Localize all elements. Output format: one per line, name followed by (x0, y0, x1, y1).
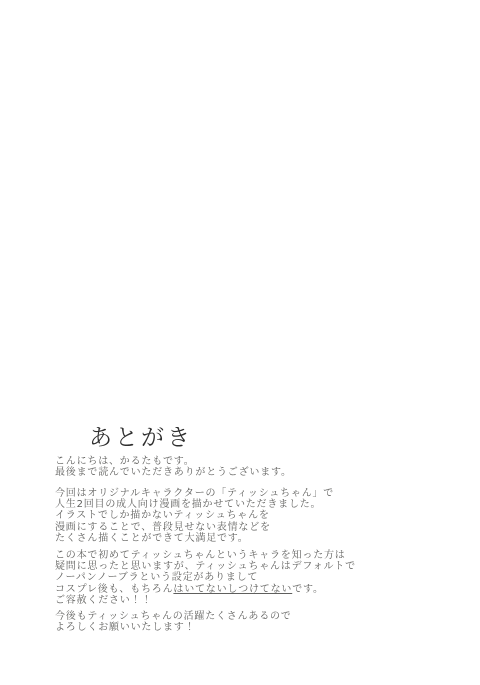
page-title: あとがき (89, 419, 193, 452)
text-line: ご容赦ください！！ (55, 595, 356, 606)
text-line: こんにちは、かるたもです。 (55, 456, 292, 467)
text-line: ノーパンノーブラという設定がありまして (55, 572, 356, 583)
text-line: 最後まで読んでいただきありがとうございます。 (55, 467, 292, 478)
text-line: 人生2回目の成人向け漫画を描かせていただきました。 (55, 499, 334, 510)
underlined-text: はいてないしつけてない (173, 584, 292, 595)
text-segment: コスプレ後も、もちろん (55, 584, 173, 595)
text-line: 漫画にすることで、普段見せない表情などを (55, 522, 334, 533)
text-line: 疑問に思ったと思いますが、ティッシュちゃんはデフォルトで (55, 561, 356, 572)
text-line: この本で初めてティッシュちゃんというキャラを知った方は (55, 550, 356, 561)
character-note-paragraph: この本で初めてティッシュちゃんというキャラを知った方は 疑問に思ったと思いますが… (55, 550, 356, 606)
closing-paragraph: 今後もティッシュちゃんの活躍たくさんあるので よろしくお願いいたします！ (55, 611, 292, 633)
text-line: コスプレ後も、もちろんはいてないしつけてないです。 (55, 584, 356, 595)
text-line: イラストでしか描かないティッシュちゃんを (55, 510, 334, 521)
about-book-paragraph: 今回はオリジナルキャラクターの「ティッシュちゃん」で 人生2回目の成人向け漫画を… (55, 488, 334, 544)
text-line: 今後もティッシュちゃんの活躍たくさんあるので (55, 611, 292, 622)
greeting-paragraph: こんにちは、かるたもです。 最後まで読んでいただきありがとうございます。 (55, 456, 292, 478)
text-segment: です。 (292, 584, 324, 595)
afterword-page: あとがき こんにちは、かるたもです。 最後まで読んでいただきありがとうございます… (0, 0, 480, 685)
text-line: よろしくお願いいたします！ (55, 622, 292, 633)
text-line: 今回はオリジナルキャラクターの「ティッシュちゃん」で (55, 488, 334, 499)
text-line: たくさん描くことができて大満足です。 (55, 533, 334, 544)
